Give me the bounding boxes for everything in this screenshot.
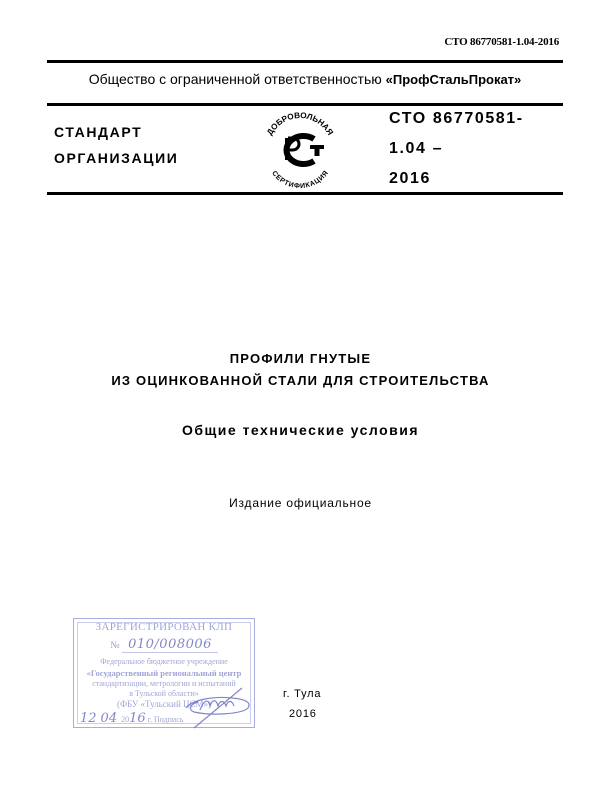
city-label: г. Тула <box>283 688 321 700</box>
stamp-number-value: 010/008006 <box>122 637 218 653</box>
stamp-date-day: 12 <box>80 711 97 726</box>
stamp-date-year-suffix: 16 <box>129 711 146 726</box>
organization-brand: «ПрофСтальПрокат» <box>386 72 522 87</box>
svg-text:ДОБРОВОЛЬНАЯ: ДОБРОВОЛЬНАЯ <box>265 111 335 137</box>
stamp-date-year-prefix: 20 <box>121 715 129 724</box>
standard-label-line2: ОРГАНИЗАЦИИ <box>54 150 178 166</box>
middle-rule <box>47 103 563 106</box>
document-title-line1: ПРОФИЛИ ГНУТЫЕ <box>0 351 601 366</box>
stamp-number-label: № <box>110 640 120 651</box>
organization-prefix: Общество с ограниченной ответственностью <box>89 71 386 87</box>
standard-label-line1: СТАНДАРТ <box>54 124 142 140</box>
rst-certification-mark-icon: ДОБРОВОЛЬНАЯ СЕРТИФИКАЦИЯ <box>258 108 342 188</box>
document-title-line2: ИЗ ОЦИНКОВАННОЙ СТАЛИ ДЛЯ СТРОИТЕЛЬСТВА <box>0 373 601 388</box>
svg-text:СЕРТИФИКАЦИЯ: СЕРТИФИКАЦИЯ <box>270 170 330 188</box>
document-code-header: СТО 86770581-1.04-2016 <box>444 36 559 48</box>
stamp-date-month: 04 <box>101 711 118 726</box>
stamp-date-suffix: г. Подпись <box>148 715 184 724</box>
top-rule <box>47 60 563 63</box>
stamp-line4: «Государственный региональный центр <box>74 668 254 678</box>
year-label: 2016 <box>289 708 317 720</box>
stamp-line3: Федеральное бюджетное учреждение <box>74 657 254 666</box>
edition-label: Издание официальное <box>0 496 601 510</box>
organization-name: Общество с ограниченной ответственностью… <box>47 71 563 87</box>
standard-code-line2: 1.04 – <box>389 140 443 158</box>
stamp-heading: ЗАРЕГИСТРИРОВАН КЛП <box>74 621 254 633</box>
document-subtitle: Общие технические условия <box>0 422 601 438</box>
stamp-number: № 010/008006 <box>74 637 254 652</box>
bottom-rule <box>47 192 563 195</box>
standard-code-line3: 2016 <box>389 170 431 188</box>
signature-icon <box>182 680 262 730</box>
standard-code-line1: СТО 86770581- <box>389 110 524 128</box>
